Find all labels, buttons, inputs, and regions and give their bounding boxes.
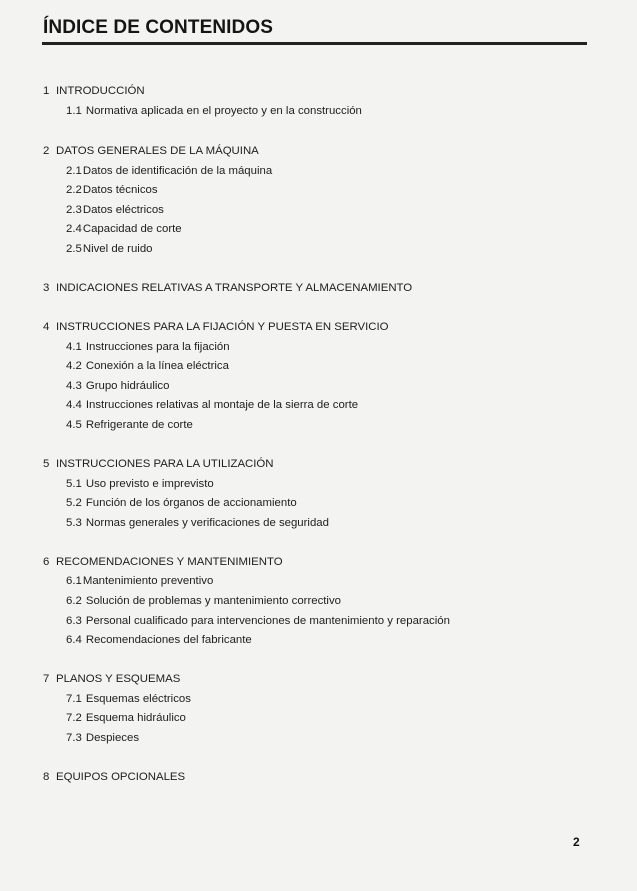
toc-section: 6RECOMENDACIONES Y MANTENIMIENTO6.1Mante… [43,553,603,651]
subsection-title: Mantenimiento preventivo [83,575,213,587]
section-title: PLANOS Y ESQUEMAS [56,673,180,685]
subsection-title: Instrucciones para la fijación [86,341,230,353]
subsection-number: 2.4 [66,223,82,235]
subsection-title: Datos técnicos [83,184,158,196]
subsection-title: Instrucciones relativas al montaje de la… [86,399,358,411]
toc-subsection[interactable]: 4.3Grupo hidráulico [43,377,603,397]
subsection-number: 7.1 [66,693,82,705]
subsection-number: 4.1 [66,341,82,353]
subsection-number: 5.2 [66,497,82,509]
subsection-title: Normas generales y verificaciones de seg… [86,517,329,529]
subsection-title: Nivel de ruido [83,243,153,255]
toc-subsection[interactable]: 5.2Función de los órganos de accionamien… [43,494,603,514]
subsection-title: Uso previsto e imprevisto [86,478,214,490]
section-number: 7 [43,670,56,690]
subsection-title: Normativa aplicada en el proyecto y en l… [86,105,362,117]
toc-subsection[interactable]: 7.1Esquemas eléctricos [43,690,603,710]
subsection-number: 4.4 [66,399,82,411]
toc-section-heading[interactable]: 3INDICACIONES RELATIVAS A TRANSPORTE Y A… [43,279,603,299]
toc-subsection[interactable]: 6.3Personal cualificado para intervencio… [43,612,603,632]
subsection-number: 4.5 [66,419,82,431]
toc-section-heading[interactable]: 4INSTRUCCIONES PARA LA FIJACIÓN Y PUESTA… [43,318,603,338]
subsection-number: 6.2 [66,595,82,607]
section-title: DATOS GENERALES DE LA MÁQUINA [56,145,259,157]
subsection-title: Solución de problemas y mantenimiento co… [86,595,341,607]
section-number: 2 [43,142,56,162]
toc-subsection[interactable]: 2.4Capacidad de corte [43,220,603,240]
toc-section-heading[interactable]: 5INSTRUCCIONES PARA LA UTILIZACIÓN [43,455,603,475]
toc-subsection[interactable]: 7.2Esquema hidráulico [43,709,603,729]
toc-subsection[interactable]: 6.1Mantenimiento preventivo [43,572,603,592]
section-number: 4 [43,318,56,338]
section-number: 3 [43,279,56,299]
section-title: INSTRUCCIONES PARA LA FIJACIÓN Y PUESTA … [56,321,389,333]
subsection-title: Datos eléctricos [83,204,164,216]
toc-subsection[interactable]: 1.1Normativa aplicada en el proyecto y e… [43,102,603,122]
subsection-number: 6.1 [66,575,82,587]
toc-subsection[interactable]: 7.3Despieces [43,729,603,749]
toc-subsection[interactable]: 2.3Datos eléctricos [43,201,603,221]
toc-section: 1INTRODUCCIÓN1.1Normativa aplicada en el… [43,82,603,121]
subsection-number: 5.1 [66,478,82,490]
subsection-title: Grupo hidráulico [86,380,170,392]
subsection-number: 4.3 [66,380,82,392]
subsection-number: 7.2 [66,712,82,724]
toc-subsection[interactable]: 6.4Recomendaciones del fabricante [43,631,603,651]
table-of-contents: 1INTRODUCCIÓN1.1Normativa aplicada en el… [43,82,603,807]
toc-section-heading[interactable]: 1INTRODUCCIÓN [43,82,603,102]
subsection-number: 2.3 [66,204,82,216]
subsection-number: 5.3 [66,517,82,529]
page-number: 2 [573,835,580,849]
subsection-number: 1.1 [66,105,82,117]
subsection-title: Esquema hidráulico [86,712,186,724]
toc-section-heading[interactable]: 8EQUIPOS OPCIONALES [43,768,603,788]
section-title: INSTRUCCIONES PARA LA UTILIZACIÓN [56,458,274,470]
section-title: RECOMENDACIONES Y MANTENIMIENTO [56,556,283,568]
toc-subsection[interactable]: 5.1Uso previsto e imprevisto [43,475,603,495]
title-underline [42,42,587,45]
subsection-title: Capacidad de corte [83,223,182,235]
subsection-title: Conexión a la línea eléctrica [86,360,229,372]
toc-section: 5INSTRUCCIONES PARA LA UTILIZACIÓN5.1Uso… [43,455,603,533]
toc-section-heading[interactable]: 7PLANOS Y ESQUEMAS [43,670,603,690]
toc-subsection[interactable]: 6.2Solución de problemas y mantenimiento… [43,592,603,612]
toc-subsection[interactable]: 2.2Datos técnicos [43,181,603,201]
page-title: ÍNDICE DE CONTENIDOS [43,17,273,39]
toc-subsection[interactable]: 4.5Refrigerante de corte [43,416,603,436]
toc-subsection[interactable]: 4.1Instrucciones para la fijación [43,338,603,358]
subsection-number: 6.3 [66,615,82,627]
toc-subsection[interactable]: 4.4Instrucciones relativas al montaje de… [43,396,603,416]
section-number: 6 [43,553,56,573]
toc-section: 3INDICACIONES RELATIVAS A TRANSPORTE Y A… [43,279,603,299]
toc-section-heading[interactable]: 6RECOMENDACIONES Y MANTENIMIENTO [43,553,603,573]
subsection-number: 2.1 [66,165,82,177]
toc-subsection[interactable]: 2.5Nivel de ruido [43,240,603,260]
subsection-title: Datos de identificación de la máquina [83,165,272,177]
subsection-title: Función de los órganos de accionamiento [86,497,297,509]
section-title: INDICACIONES RELATIVAS A TRANSPORTE Y AL… [56,282,412,294]
section-title: INTRODUCCIÓN [56,85,145,97]
subsection-title: Refrigerante de corte [86,419,193,431]
subsection-title: Recomendaciones del fabricante [86,634,252,646]
section-number: 1 [43,82,56,102]
subsection-number: 6.4 [66,634,82,646]
section-number: 5 [43,455,56,475]
toc-subsection[interactable]: 5.3Normas generales y verificaciones de … [43,514,603,534]
subsection-title: Personal cualificado para intervenciones… [86,615,450,627]
toc-section-heading[interactable]: 2DATOS GENERALES DE LA MÁQUINA [43,142,603,162]
subsection-number: 2.5 [66,243,82,255]
toc-section: 8EQUIPOS OPCIONALES [43,768,603,788]
subsection-title: Esquemas eléctricos [86,693,191,705]
toc-section: 4INSTRUCCIONES PARA LA FIJACIÓN Y PUESTA… [43,318,603,435]
toc-subsection[interactable]: 2.1Datos de identificación de la máquina [43,162,603,182]
toc-section: 7PLANOS Y ESQUEMAS7.1Esquemas eléctricos… [43,670,603,748]
section-number: 8 [43,768,56,788]
subsection-number: 2.2 [66,184,82,196]
section-title: EQUIPOS OPCIONALES [56,771,185,783]
toc-section: 2DATOS GENERALES DE LA MÁQUINA2.1Datos d… [43,142,603,259]
toc-subsection[interactable]: 4.2Conexión a la línea eléctrica [43,357,603,377]
subsection-number: 4.2 [66,360,82,372]
subsection-title: Despieces [86,732,139,744]
subsection-number: 7.3 [66,732,82,744]
